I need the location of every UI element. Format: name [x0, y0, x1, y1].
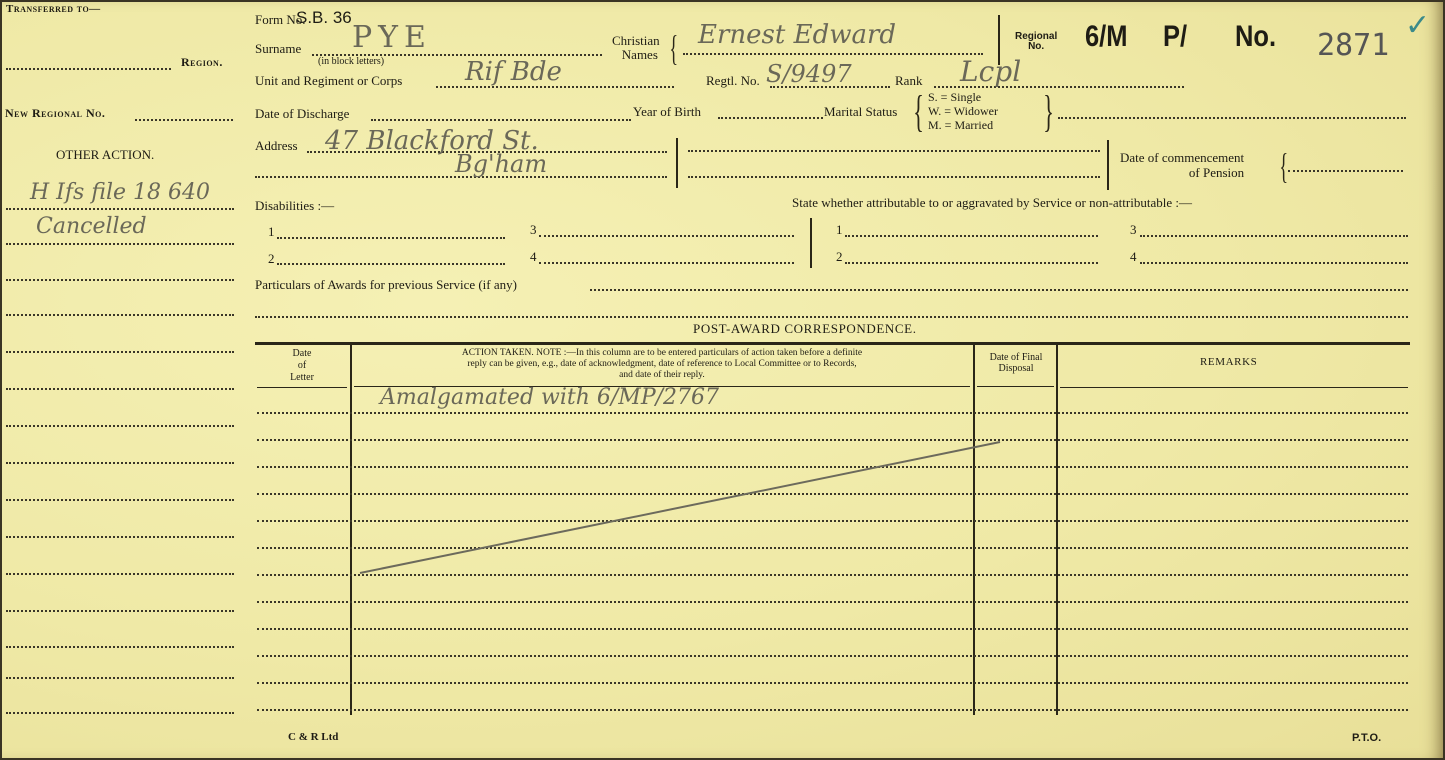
pension-record-card: Transferred to— Region. New Regional No.…: [0, 0, 1445, 760]
strikethrough-line-icon: [0, 0, 1445, 760]
pto-label: P.T.O.: [1352, 732, 1381, 744]
printer-imprint: C & R Ltd: [288, 731, 338, 743]
